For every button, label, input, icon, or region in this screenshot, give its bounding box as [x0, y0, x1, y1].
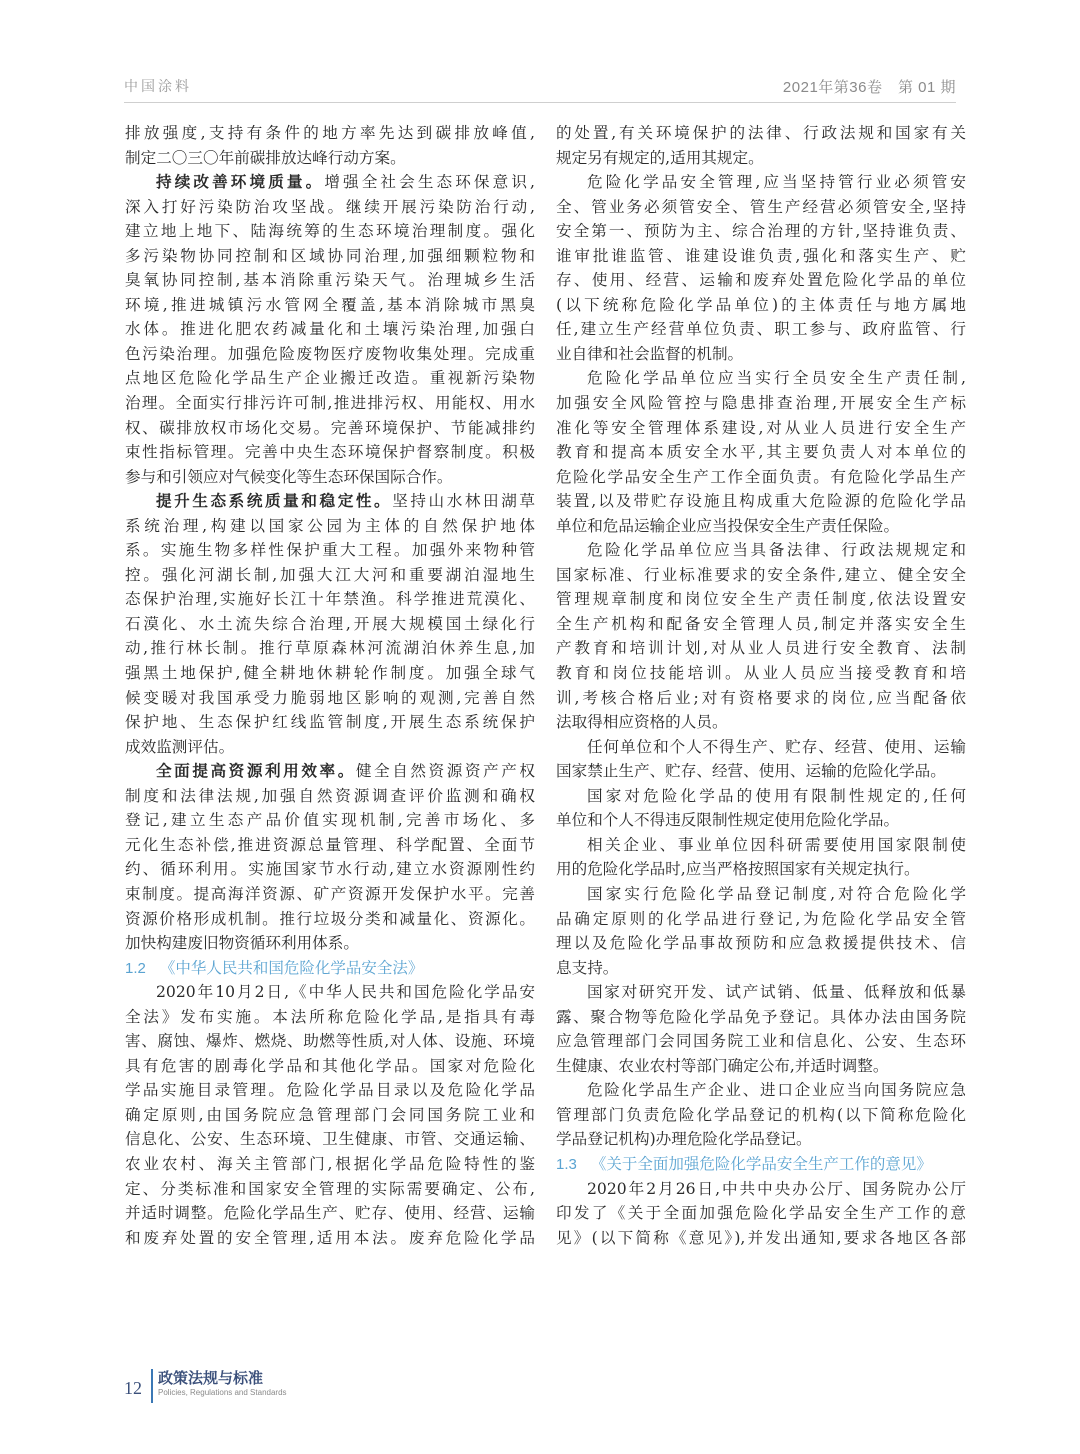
text-line: 应急管理部门会同国务院工业和信息化、公安、生态环: [556, 1029, 966, 1054]
line-text: 业自律和社会监督的机制。: [556, 345, 743, 363]
line-text: 加快构建废旧物资循环利用体系。: [125, 934, 359, 952]
line-text: 并适时调整。危险化学品生产、贮存、使用、经营、运输: [125, 1204, 535, 1222]
line-text: 国家标准、行业标准要求的安全条件,建立、健全安全: [556, 566, 966, 584]
text-line: 环境,推进城镇污水管网全覆盖,基本消除城市黑臭: [125, 293, 535, 318]
line-text: 印发了《关于全面加强危险化学品安全生产工作的意: [556, 1204, 966, 1222]
line-text: 《中华人民共和国危险化学品安全法》: [160, 959, 424, 977]
text-line: 态保护治理,实施好长江十年禁渔。科学推进荒漠化、: [125, 587, 535, 612]
text-line: 2020年2月26日,中共中央办公厅、国务院办公厅: [556, 1177, 966, 1202]
line-text: 多污染物协同控制和区域协同治理,加强细颗粒物和: [125, 247, 535, 265]
line-text: 资源价格形成机制。推行垃圾分类和减量化、资源化。: [125, 910, 535, 928]
line-text: 国家禁止生产、贮存、经营、使用、运输的危险化学品。: [556, 762, 946, 780]
text-line: 登记,建立生态产品价值实现机制,完善市场化、多: [125, 808, 535, 833]
line-text: 生健康、农业农村等部门确定公布,并适时调整。: [556, 1057, 888, 1075]
line-text: 训,考核合格后业;对有资格要求的岗位,应当配备依: [556, 689, 966, 707]
line-text: 排放强度,支持有条件的地方率先达到碳排放峰值,: [125, 124, 535, 142]
text-line: 相关企业、事业单位因科研需要使用国家限制使: [556, 833, 966, 858]
line-text: 登记,建立生态产品价值实现机制,完善市场化、多: [125, 811, 535, 829]
text-line: 排放强度,支持有条件的地方率先达到碳排放峰值,: [125, 121, 535, 146]
line-text: 国家对危险化学品的使用有限制性规定的,任何: [587, 787, 966, 805]
line-text: 候变暖对我国承受力脆弱地区影响的观测,完善自然: [125, 689, 535, 707]
line-text: 成效监测评估。: [125, 738, 234, 756]
line-text: 用的危险化学品时,应当严格按照国家有关规定执行。: [556, 860, 920, 878]
text-line: 产教育和培训计划,对从业人员进行安全教育、法制: [556, 636, 966, 661]
line-text: 深入打好污染防治攻坚战。继续开展污染防治行动,: [125, 198, 535, 216]
line-text: 法取得相应资格的人员。: [556, 713, 728, 731]
text-line: 建立地上地下、陆海统筹的生态环境治理制度。强化: [125, 219, 535, 244]
text-line: 任何单位和个人不得生产、贮存、经营、使用、运输: [556, 735, 966, 760]
text-line: 用的危险化学品时,应当严格按照国家有关规定执行。: [556, 857, 966, 882]
text-line: 加快构建废旧物资循环利用体系。: [125, 931, 535, 956]
footer-divider: [151, 1369, 153, 1403]
line-text: 动,推行林长制。推行草原森林河流湖泊休养生息,加: [125, 639, 535, 657]
text-line: 并适时调整。危险化学品生产、贮存、使用、经营、运输: [125, 1201, 535, 1226]
line-text: 信息化、公安、生态环境、卫生健康、市管、交通运输、: [125, 1130, 535, 1148]
text-line: 元化生态补偿,推进资源总量管理、科学配置、全面节: [125, 833, 535, 858]
text-line: 制度和法律法规,加强自然资源调查评价监测和确权: [125, 784, 535, 809]
text-line: 动,推行林长制。推行草原森林河流湖泊休养生息,加: [125, 636, 535, 661]
text-line: 品确定原则的化学品进行登记,为危险化学品安全管: [556, 907, 966, 932]
text-line: 全生产机构和配备安全管理人员,制定并落实安全生: [556, 612, 966, 637]
text-line: 信息化、公安、生态环境、卫生健康、市管、交通运输、: [125, 1127, 535, 1152]
text-line: 教育和岗位技能培训。从业人员应当接受教育和培: [556, 661, 966, 686]
line-text: 和废弃处置的安全管理,适用本法。废弃危险化学品: [125, 1229, 535, 1247]
line-text: 准化等安全管理体系建设,对从业人员进行安全生产: [556, 419, 966, 437]
line-text: (以下统称危险化学品单位)的主体责任与地方属地: [556, 296, 966, 314]
text-line: 单位和个人不得违反限制性规定使用危险化学品。: [556, 808, 966, 833]
line-text: 品确定原则的化学品进行登记,为危险化学品安全管: [556, 910, 966, 928]
text-line: 法取得相应资格的人员。: [556, 710, 966, 735]
text-line: 色污染治理。加强危险废物医疗废物收集处理。完成重: [125, 342, 535, 367]
line-text: 增强全社会生态环保意识,: [324, 173, 535, 191]
text-line: 深入打好污染防治攻坚战。继续开展污染防治行动,: [125, 195, 535, 220]
text-line: 臭氧协同控制,基本消除重污染天气。治理城乡生活: [125, 268, 535, 293]
text-line: 的处置,有关环境保护的法律、行政法规和国家有关: [556, 121, 966, 146]
text-line: 农业农村、海关主管部门,根据化学品危险特性的鉴: [125, 1152, 535, 1177]
line-text: 系。实施生物多样性保护重大工程。加强外来物种管: [125, 541, 535, 559]
text-line: 系。实施生物多样性保护重大工程。加强外来物种管: [125, 538, 535, 563]
text-line: 理以及危险化学品事故预防和应急救援提供技术、信: [556, 931, 966, 956]
line-text: 教育和岗位技能培训。从业人员应当接受教育和培: [556, 664, 966, 682]
line-text: 单位和个人不得违反限制性规定使用危险化学品。: [556, 811, 899, 829]
line-text: 农业农村、海关主管部门,根据化学品危险特性的鉴: [125, 1155, 535, 1173]
text-line: 危险化学品单位应当具备法律、行政法规规定和: [556, 538, 966, 563]
text-line: 具有危害的剧毒化学品和其他化学品。国家对危险化: [125, 1054, 535, 1079]
line-text: 危险化学品安全生产工作全面负责。有危险化学品生产: [556, 468, 966, 486]
section-heading: 1.3《关于全面加强危险化学品安全生产工作的意见》: [556, 1152, 966, 1177]
text-line: 束制度。提高海洋资源、矿产资源开发保护水平。完善: [125, 882, 535, 907]
text-line: 确定原则,由国务院应急管理部门会同国务院工业和: [125, 1103, 535, 1128]
line-text: 石漠化、水土流失综合治理,开展大规模国土绿化行: [125, 615, 535, 633]
line-text: 露、聚合物等危险化学品免予登记。具体办法由国务院: [556, 1008, 966, 1026]
section-subtitle: Policies, Regulations and Standards: [158, 1388, 287, 1397]
text-line: 保护地、生态保护红线监管制度,开展生态系统保护: [125, 710, 535, 735]
text-line: 存、使用、经营、运输和废弃处置危险化学品的单位: [556, 268, 966, 293]
line-text: 害、腐蚀、爆炸、燃烧、助燃等性质,对人体、设施、环境: [125, 1032, 535, 1050]
line-text: 保护地、生态保护红线监管制度,开展生态系统保护: [125, 713, 535, 731]
text-line: 点地区危险化学品生产企业搬迁改造。重视新污染物: [125, 366, 535, 391]
line-text: 加强安全风险管控与隐患排查治理,开展安全生产标: [556, 394, 966, 412]
line-text: 2020年10月2日,《中华人民共和国危险化学品安: [156, 983, 535, 1001]
line-text: 治理。全面实行排污许可制,推进排污权、用能权、用水: [125, 394, 535, 412]
line-text: 安全第一、预防为主、综合治理的方针,坚持谁负责、: [556, 222, 966, 240]
line-text: 系统治理,构建以国家公园为主体的自然保护地体: [125, 517, 535, 535]
line-text: 坚持山水林田湖草: [392, 492, 535, 510]
text-line: 全、管业务必须管安全、管生产经营必须管安全,坚持: [556, 195, 966, 220]
line-text: 规定另有规定的,适用其规定。: [556, 149, 764, 167]
line-text: 定、分类标准和国家安全管理的实际需要确定、公布,: [125, 1180, 535, 1198]
text-line: 权、碳排放权市场化交易。完善环境保护、节能减排约: [125, 416, 535, 441]
text-line: 系统治理,构建以国家公园为主体的自然保护地体: [125, 514, 535, 539]
text-line: 强黑土地保护,健全耕地休耕轮作制度。加强全球气: [125, 661, 535, 686]
line-text: 环境,推进城镇污水管网全覆盖,基本消除城市黑臭: [125, 296, 535, 314]
text-line: 国家对危险化学品的使用有限制性规定的,任何: [556, 784, 966, 809]
line-text: 建立地上地下、陆海统筹的生态环境治理制度。强化: [125, 222, 535, 240]
line-text: 束制度。提高海洋资源、矿产资源开发保护水平。完善: [125, 885, 535, 903]
text-line: 规定另有规定的,适用其规定。: [556, 146, 966, 171]
text-line: 治理。全面实行排污许可制,推进排污权、用能权、用水: [125, 391, 535, 416]
text-line: 国家标准、行业标准要求的安全条件,建立、健全安全: [556, 563, 966, 588]
line-text: 全法》发布实施。本法所称危险化学品,是指具有毒: [125, 1008, 535, 1026]
line-text: 全生产机构和配备安全管理人员,制定并落实安全生: [556, 615, 966, 633]
line-text: 见》(以下简称《意见》),并发出通知,要求各地区各部: [556, 1229, 966, 1247]
left-text-column: 排放强度,支持有条件的地方率先达到碳排放峰值,制定二〇三〇年前碳排放达峰行动方案…: [125, 121, 535, 1250]
running-header: 中国涂料 2021年第36卷 第 01 期: [124, 76, 956, 103]
issue-info: 2021年第36卷 第 01 期: [783, 76, 956, 97]
text-line: 管理规章制度和岗位安全生产责任制度,依法设置安: [556, 587, 966, 612]
line-text: 健全自然资源资产产权: [356, 762, 535, 780]
right-text-column: 的处置,有关环境保护的法律、行政法规和国家有关规定另有规定的,适用其规定。危险化…: [556, 121, 966, 1250]
line-text: 参与和引领应对气候变化等生态环保国际合作。: [125, 468, 452, 486]
text-line: 危险化学品单位应当实行全员安全生产责任制,: [556, 366, 966, 391]
line-text: 具有危害的剧毒化学品和其他化学品。国家对危险化: [125, 1057, 535, 1075]
line-text: 学品登记机构)办理危险化学品登记。: [556, 1130, 812, 1148]
text-line: 训,考核合格后业;对有资格要求的岗位,应当配备依: [556, 686, 966, 711]
line-text: 危险化学品单位应当实行全员安全生产责任制,: [587, 369, 966, 387]
line-text: 权、碳排放权市场化交易。完善环境保护、节能减排约: [125, 419, 535, 437]
line-text: 的处置,有关环境保护的法律、行政法规和国家有关: [556, 124, 966, 142]
line-text: 点地区危险化学品生产企业搬迁改造。重视新污染物: [125, 369, 535, 387]
line-text: 危险化学品单位应当具备法律、行政法规规定和: [587, 541, 966, 559]
text-line: 害、腐蚀、爆炸、燃烧、助燃等性质,对人体、设施、环境: [125, 1029, 535, 1054]
line-text: 国家实行危险化学品登记制度,对符合危险化学: [587, 885, 966, 903]
line-text: 臭氧协同控制,基本消除重污染天气。治理城乡生活: [125, 271, 535, 289]
text-line: 任,建立生产经营单位负责、职工参与、政府监管、行: [556, 317, 966, 342]
line-text: 危险化学品生产企业、进口企业应当向国务院应急: [587, 1081, 966, 1099]
line-text: 水体。推进化肥农药减量化和土壤污染治理,加强白: [125, 320, 535, 338]
line-text: 管理规章制度和岗位安全生产责任制度,依法设置安: [556, 590, 966, 608]
text-line: 危险化学品安全管理,应当坚持管行业必须管安: [556, 170, 966, 195]
text-line: 和废弃处置的安全管理,适用本法。废弃危险化学品: [125, 1226, 535, 1251]
line-text: 装置,以及带贮存设施且构成重大危险源的危险化学品: [556, 492, 966, 510]
line-text: 元化生态补偿,推进资源总量管理、科学配置、全面节: [125, 836, 535, 854]
text-line: 全法》发布实施。本法所称危险化学品,是指具有毒: [125, 1005, 535, 1030]
text-line: 加强安全风险管控与隐患排查治理,开展安全生产标: [556, 391, 966, 416]
text-line: 业自律和社会监督的机制。: [556, 342, 966, 367]
line-text: 制定二〇三〇年前碳排放达峰行动方案。: [125, 149, 406, 167]
text-line: 约、循环利用。实施国家节水行动,建立水资源刚性约: [125, 857, 535, 882]
line-text: 单位和危品运输企业应当投保安全生产责任保险。: [556, 517, 899, 535]
line-text: 强黑土地保护,健全耕地休耕轮作制度。加强全球气: [125, 664, 535, 682]
section-number: 1.3: [556, 1156, 577, 1173]
line-text: 约、循环利用。实施国家节水行动,建立水资源刚性约: [125, 860, 535, 878]
text-line: 单位和危品运输企业应当投保安全生产责任保险。: [556, 514, 966, 539]
bold-lead-phrase: 持续改善环境质量。: [156, 172, 324, 191]
text-line: 见》(以下简称《意见》),并发出通知,要求各地区各部: [556, 1226, 966, 1251]
section-number: 1.2: [125, 960, 146, 977]
text-line: 准化等安全管理体系建设,对从业人员进行安全生产: [556, 416, 966, 441]
text-line: 危险化学品生产企业、进口企业应当向国务院应急: [556, 1078, 966, 1103]
bold-lead-phrase: 提升生态系统质量和稳定性。: [156, 491, 392, 510]
line-text: 《关于全面加强危险化学品安全生产工作的意见》: [591, 1155, 932, 1173]
text-line: 息支持。: [556, 956, 966, 981]
text-line: 束性指标管理。完善中央生态环境保护督察制度。积极: [125, 440, 535, 465]
line-text: 控。强化河湖长制,加强大江大河和重要湖泊湿地生: [125, 566, 535, 584]
line-text: 理以及危险化学品事故预防和应急救援提供技术、信: [556, 934, 966, 952]
text-line: 成效监测评估。: [125, 735, 535, 760]
line-text: 束性指标管理。完善中央生态环境保护督察制度。积极: [125, 443, 535, 461]
text-line: 持续改善环境质量。增强全社会生态环保意识,: [125, 170, 535, 195]
text-line: 多污染物协同控制和区域协同治理,加强细颗粒物和: [125, 244, 535, 269]
bold-lead-phrase: 全面提高资源利用效率。: [156, 761, 356, 780]
text-line: 石漠化、水土流失综合治理,开展大规模国土绿化行: [125, 612, 535, 637]
text-line: 全面提高资源利用效率。健全自然资源资产产权: [125, 759, 535, 784]
text-line: 谁审批谁监管、谁建设谁负责,强化和落实生产、贮: [556, 244, 966, 269]
line-text: 态保护治理,实施好长江十年禁渔。科学推进荒漠化、: [125, 590, 535, 608]
text-line: 危险化学品安全生产工作全面负责。有危险化学品生产: [556, 465, 966, 490]
line-text: 教育和提高本质安全水平,其主要负责人对本单位的: [556, 443, 966, 461]
text-line: 控。强化河湖长制,加强大江大河和重要湖泊湿地生: [125, 563, 535, 588]
text-line: 装置,以及带贮存设施且构成重大危险源的危险化学品: [556, 489, 966, 514]
line-text: 产教育和培训计划,对从业人员进行安全教育、法制: [556, 639, 966, 657]
text-line: 露、聚合物等危险化学品免予登记。具体办法由国务院: [556, 1005, 966, 1030]
text-line: 2020年10月2日,《中华人民共和国危险化学品安: [125, 980, 535, 1005]
section-title: 政策法规与标准: [158, 1367, 263, 1388]
line-text: 学品实施目录管理。危险化学品目录以及危险化学品: [125, 1081, 535, 1099]
text-line: 国家对研究开发、试产试销、低量、低释放和低暴: [556, 980, 966, 1005]
text-line: 安全第一、预防为主、综合治理的方针,坚持谁负责、: [556, 219, 966, 244]
line-text: 息支持。: [556, 959, 618, 977]
line-text: 应急管理部门会同国务院工业和信息化、公安、生态环: [556, 1032, 966, 1050]
text-line: 国家实行危险化学品登记制度,对符合危险化学: [556, 882, 966, 907]
text-line: 资源价格形成机制。推行垃圾分类和减量化、资源化。: [125, 907, 535, 932]
text-line: 生健康、农业农村等部门确定公布,并适时调整。: [556, 1054, 966, 1079]
text-line: (以下统称危险化学品单位)的主体责任与地方属地: [556, 293, 966, 318]
line-text: 危险化学品安全管理,应当坚持管行业必须管安: [587, 173, 966, 191]
journal-name: 中国涂料: [124, 76, 192, 96]
text-line: 提升生态系统质量和稳定性。坚持山水林田湖草: [125, 489, 535, 514]
line-text: 全、管业务必须管安全、管生产经营必须管安全,坚持: [556, 198, 966, 216]
text-line: 管理部门负责危险化学品登记的机构(以下简称危险化: [556, 1103, 966, 1128]
line-text: 存、使用、经营、运输和废弃处置危险化学品的单位: [556, 271, 966, 289]
page-number: 12: [124, 1378, 142, 1399]
line-text: 色污染治理。加强危险废物医疗废物收集处理。完成重: [125, 345, 535, 363]
line-text: 确定原则,由国务院应急管理部门会同国务院工业和: [125, 1106, 535, 1124]
text-line: 学品登记机构)办理危险化学品登记。: [556, 1127, 966, 1152]
line-text: 谁审批谁监管、谁建设谁负责,强化和落实生产、贮: [556, 247, 966, 265]
text-line: 国家禁止生产、贮存、经营、使用、运输的危险化学品。: [556, 759, 966, 784]
text-line: 学品实施目录管理。危险化学品目录以及危险化学品: [125, 1078, 535, 1103]
section-heading: 1.2《中华人民共和国危险化学品安全法》: [125, 956, 535, 981]
line-text: 相关企业、事业单位因科研需要使用国家限制使: [587, 836, 966, 854]
text-line: 参与和引领应对气候变化等生态环保国际合作。: [125, 465, 535, 490]
text-line: 定、分类标准和国家安全管理的实际需要确定、公布,: [125, 1177, 535, 1202]
text-line: 制定二〇三〇年前碳排放达峰行动方案。: [125, 146, 535, 171]
text-line: 教育和提高本质安全水平,其主要负责人对本单位的: [556, 440, 966, 465]
line-text: 制度和法律法规,加强自然资源调查评价监测和确权: [125, 787, 535, 805]
text-line: 候变暖对我国承受力脆弱地区影响的观测,完善自然: [125, 686, 535, 711]
line-text: 2020年2月26日,中共中央办公厅、国务院办公厅: [587, 1180, 966, 1198]
line-text: 任,建立生产经营单位负责、职工参与、政府监管、行: [556, 320, 966, 338]
text-line: 水体。推进化肥农药减量化和土壤污染治理,加强白: [125, 317, 535, 342]
text-line: 印发了《关于全面加强危险化学品安全生产工作的意: [556, 1201, 966, 1226]
line-text: 管理部门负责危险化学品登记的机构(以下简称危险化: [556, 1106, 966, 1124]
line-text: 任何单位和个人不得生产、贮存、经营、使用、运输: [587, 738, 966, 756]
line-text: 国家对研究开发、试产试销、低量、低释放和低暴: [587, 983, 966, 1001]
